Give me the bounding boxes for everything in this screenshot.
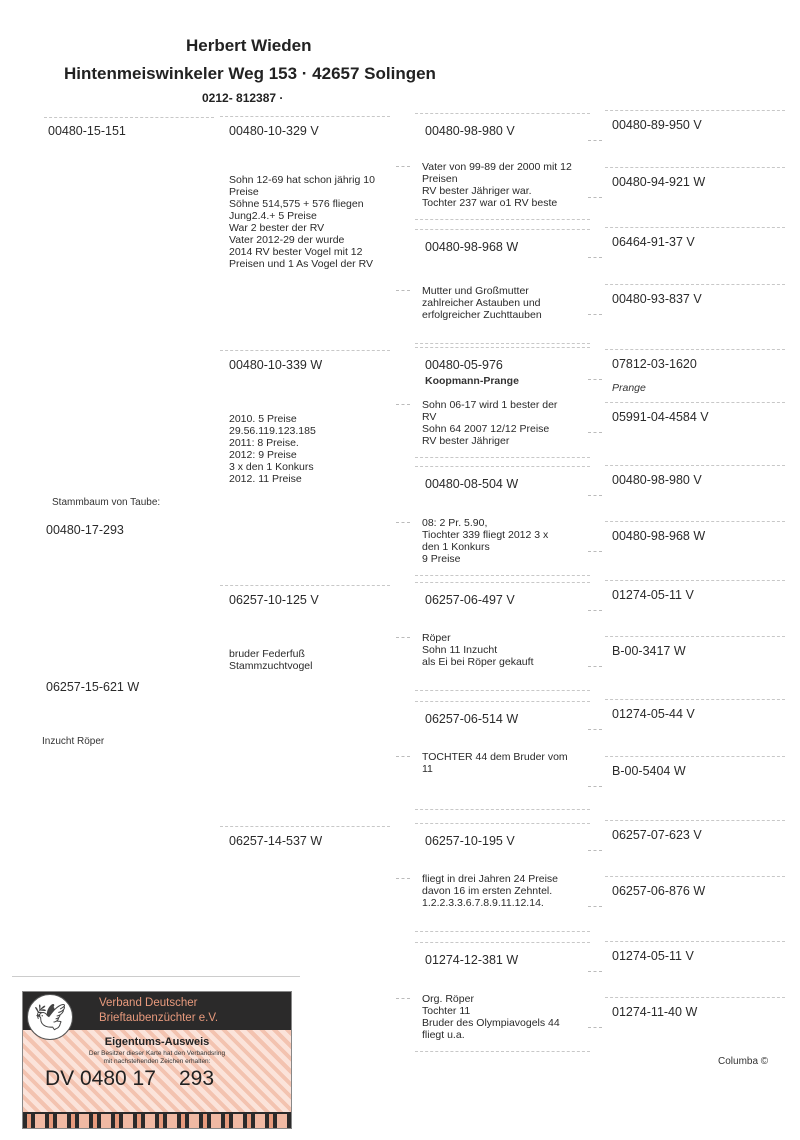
- divider-line: [605, 756, 785, 757]
- card-organisation: Verband Deutscher Brieftaubenzüchter e.V…: [99, 996, 218, 1026]
- card-ring-prefix: DV 0480 17: [45, 1067, 156, 1090]
- note-line: 29.56.119.123.185: [229, 425, 414, 437]
- note-line: Bruder des Olympiavogels 44: [422, 1017, 602, 1029]
- gen2-note: bruder FederfußStammzuchtvogel: [229, 648, 414, 672]
- gen4-ring: 06257-07-623 V: [612, 828, 702, 842]
- connector: [588, 314, 602, 315]
- gen3-note: Sohn 06-17 wird 1 bester derRVSohn 64 20…: [422, 399, 602, 447]
- note-line: Preisen und 1 As Vogel der RV: [229, 258, 414, 270]
- divider-line: [415, 1051, 590, 1052]
- subject-label: Stammbaum von Taube:: [52, 497, 160, 508]
- card-sub-line2: mit nachstehenden Zeichen erhalten:: [23, 1058, 291, 1066]
- divider-line: [605, 521, 785, 522]
- card-ring-number: 293: [179, 1067, 214, 1091]
- gen3-note: Vater von 99-89 der 2000 mit 12PreisenRV…: [422, 161, 602, 209]
- connector: [396, 522, 410, 523]
- divider-line: [605, 997, 785, 998]
- note-line: Preise: [229, 186, 414, 198]
- card-org-line2: Brieftaubenzüchter e.V.: [99, 1011, 218, 1026]
- divider-line: [605, 227, 785, 228]
- gen2-ring: 06257-10-125 V: [229, 593, 319, 607]
- gen4-ring: 01274-11-40 W: [612, 1005, 697, 1019]
- note-line: Tochter 11: [422, 1005, 602, 1017]
- father-ring: 00480-15-151: [48, 124, 126, 138]
- gen3-ring: 00480-08-504 W: [425, 477, 518, 491]
- connector: [588, 379, 602, 380]
- divider-line: [220, 350, 390, 351]
- gen3-note: fliegt in drei Jahren 24 Preisedavon 16 …: [422, 873, 602, 909]
- connector: [588, 850, 602, 851]
- breeder-name: Herbert Wieden: [186, 36, 311, 56]
- note-line: 2012: 9 Preise: [229, 449, 414, 461]
- connector: [588, 666, 602, 667]
- note-line: RV: [422, 411, 602, 423]
- gen3-ring: 06257-06-497 V: [425, 593, 515, 607]
- note-line: 9 Preise: [422, 553, 602, 565]
- divider-line: [605, 699, 785, 700]
- gen2-note: 2010. 5 Preise29.56.119.123.1852011: 8 P…: [229, 413, 414, 485]
- note-line: 3 x den 1 Konkurs: [229, 461, 414, 473]
- divider-line: [605, 941, 785, 942]
- divider-line: [605, 167, 785, 168]
- note-line: 11: [422, 763, 602, 775]
- note-line: 08: 2 Pr. 5.90,: [422, 517, 602, 529]
- note-line: als Ei bei Röper gekauft: [422, 656, 602, 668]
- mother-ring: 06257-15-621 W: [46, 680, 139, 694]
- gen3-ring: 06257-06-514 W: [425, 712, 518, 726]
- breeder-address: Hintenmeiswinkeler Weg 153 · 42657 Solin…: [64, 64, 436, 84]
- note-line: Org. Röper: [422, 993, 602, 1005]
- note-line: TOCHTER 44 dem Bruder vom: [422, 751, 602, 763]
- divider-line: [605, 110, 785, 111]
- gen4-ring: 06257-06-876 W: [612, 884, 705, 898]
- card-subtitle: Der Besitzer dieser Karte hat den Verban…: [23, 1050, 291, 1065]
- gen4-ring: 05991-04-4584 V: [612, 410, 709, 424]
- mother-note: Inzucht Röper: [42, 736, 104, 747]
- gen4-ring: 06464-91-37 V: [612, 235, 695, 249]
- gen4-ring: 00480-93-837 V: [612, 292, 702, 306]
- gen4-ring: 01274-05-44 V: [612, 707, 695, 721]
- connector: [396, 404, 410, 405]
- divider-line: [415, 347, 590, 348]
- subject-ring: 00480-17-293: [46, 523, 124, 537]
- note-line: Vater 2012-29 der wurde: [229, 234, 414, 246]
- note-line: bruder Federfuß: [229, 648, 414, 660]
- connector: [396, 290, 410, 291]
- card-body: 🕊 Verband Deutscher Brieftaubenzüchter e…: [22, 991, 292, 1129]
- note-line: 2011: 8 Preise.: [229, 437, 414, 449]
- gen2-ring: 06257-14-537 W: [229, 834, 322, 848]
- connector: [588, 257, 602, 258]
- divider-line: [220, 826, 390, 827]
- gen4-ring: B-00-5404 W: [612, 764, 686, 778]
- gen2-ring: 00480-10-329 V: [229, 124, 319, 138]
- connector: [588, 140, 602, 141]
- connector: [396, 878, 410, 879]
- note-line: 1.2.2.3.3.6.7.8.9.11.12.14.: [422, 897, 602, 909]
- card-band: [23, 1112, 291, 1128]
- divider-line: [605, 876, 785, 877]
- note-line: fliegt u.a.: [422, 1029, 602, 1041]
- connector: [588, 197, 602, 198]
- divider-line: [415, 701, 590, 702]
- divider-line: [415, 343, 590, 344]
- gen3-ring: 00480-98-968 W: [425, 240, 518, 254]
- divider-line: [415, 113, 590, 114]
- note-line: erfolgreicher Zuchttauben: [422, 309, 602, 321]
- divider-line: [415, 942, 590, 943]
- note-line: Tiochter 339 fliegt 2012 3 x: [422, 529, 602, 541]
- connector: [588, 729, 602, 730]
- note-line: Sohn 12-69 hat schon jährig 10: [229, 174, 414, 186]
- divider-line: [605, 820, 785, 821]
- connector: [588, 610, 602, 611]
- gen3-ring: 06257-10-195 V: [425, 834, 515, 848]
- divider-line: [415, 809, 590, 810]
- note-line: Röper: [422, 632, 602, 644]
- connector: [588, 906, 602, 907]
- divider-line: [415, 457, 590, 458]
- pigeon-icon: 🕊: [27, 994, 73, 1040]
- card-ring: DV 0480 17 293: [45, 1067, 156, 1091]
- connector: [588, 1027, 602, 1028]
- note-line: RV bester Jähriger war.: [422, 185, 602, 197]
- card-org-line1: Verband Deutscher: [99, 996, 218, 1011]
- note-line: davon 16 im ersten Zehntel.: [422, 885, 602, 897]
- divider-line: [220, 585, 390, 586]
- divider-line: [605, 580, 785, 581]
- gen3-ring: 00480-05-976: [425, 358, 503, 372]
- gen3-ring: 01274-12-381 W: [425, 953, 518, 967]
- divider-line: [415, 582, 590, 583]
- gen4-ring: B-00-3417 W: [612, 644, 686, 658]
- divider-line: [605, 636, 785, 637]
- gen4-ring: 00480-94-921 W: [612, 175, 705, 189]
- divider-line: [605, 349, 785, 350]
- gen4-ring: 01274-05-11 V: [612, 949, 694, 963]
- connector: [588, 786, 602, 787]
- divider-line: [415, 690, 590, 691]
- connector: [396, 998, 410, 999]
- note-line: Sohn 64 2007 12/12 Preise: [422, 423, 602, 435]
- gen4-ring: 00480-98-968 W: [612, 529, 705, 543]
- note-line: Preisen: [422, 173, 602, 185]
- connector: [588, 432, 602, 433]
- card-sub-line1: Der Besitzer dieser Karte hat den Verban…: [23, 1050, 291, 1058]
- note-line: 2014 RV bester Vogel mit 12: [229, 246, 414, 258]
- note-line: Jung2.4.+ 5 Preise: [229, 210, 414, 222]
- gen3-note: Org. RöperTochter 11Bruder des Olympiavo…: [422, 993, 602, 1041]
- gen3-note: TOCHTER 44 dem Bruder vom11: [422, 751, 602, 775]
- note-line: den 1 Konkurs: [422, 541, 602, 553]
- gen3-ring: 00480-98-980 V: [425, 124, 515, 138]
- ownership-card: 🕊 Verband Deutscher Brieftaubenzüchter e…: [12, 976, 300, 1137]
- divider-line: [605, 284, 785, 285]
- divider-line: [220, 116, 390, 117]
- note-line: Vater von 99-89 der 2000 mit 12: [422, 161, 602, 173]
- copyright: Columba ©: [718, 1056, 768, 1067]
- gen4-ring: 00480-98-980 V: [612, 473, 702, 487]
- note-line: zahlreicher Astauben und: [422, 297, 602, 309]
- connector: [588, 495, 602, 496]
- note-line: fliegt in drei Jahren 24 Preise: [422, 873, 602, 885]
- note-line: 2010. 5 Preise: [229, 413, 414, 425]
- divider-line: [415, 229, 590, 230]
- gen4-ring: 01274-05-11 V: [612, 588, 694, 602]
- gen3-note: 08: 2 Pr. 5.90,Tiochter 339 fliegt 2012 …: [422, 517, 602, 565]
- note-line: Söhne 514,575 + 576 fliegen: [229, 198, 414, 210]
- connector: [396, 756, 410, 757]
- gen4-breeder: Prange: [612, 382, 646, 394]
- divider-line: [605, 402, 785, 403]
- divider-line: [415, 823, 590, 824]
- divider-line: [605, 465, 785, 466]
- gen4-ring: 00480-89-950 V: [612, 118, 702, 132]
- note-line: Stammzuchtvogel: [229, 660, 414, 672]
- gen4-ring: 07812-03-1620: [612, 357, 697, 371]
- note-line: 2012. 11 Preise: [229, 473, 414, 485]
- gen3-note: Mutter und Großmutterzahlreicher Astaube…: [422, 285, 602, 321]
- divider-line: [415, 219, 590, 220]
- note-line: War 2 bester der RV: [229, 222, 414, 234]
- note-line: Sohn 06-17 wird 1 bester der: [422, 399, 602, 411]
- divider-line: [415, 466, 590, 467]
- connector: [588, 971, 602, 972]
- connector: [396, 637, 410, 638]
- gen3-note: RöperSohn 11 Inzuchtals Ei bei Röper gek…: [422, 632, 602, 668]
- connector: [396, 166, 410, 167]
- breeder-phone: 0212- 812387 ·: [202, 91, 283, 105]
- connector: [588, 551, 602, 552]
- note-line: Mutter und Großmutter: [422, 285, 602, 297]
- divider-line: [415, 575, 590, 576]
- gen3-breeder: Koopmann-Prange: [425, 375, 519, 387]
- gen2-note: Sohn 12-69 hat schon jährig 10PreiseSöhn…: [229, 174, 414, 270]
- divider-line: [415, 931, 590, 932]
- note-line: Sohn 11 Inzucht: [422, 644, 602, 656]
- note-line: Tochter 237 war o1 RV beste: [422, 197, 602, 209]
- note-line: RV bester Jähriger: [422, 435, 602, 447]
- card-title: Eigentums-Ausweis: [23, 1036, 291, 1048]
- gen2-ring: 00480-10-339 W: [229, 358, 322, 372]
